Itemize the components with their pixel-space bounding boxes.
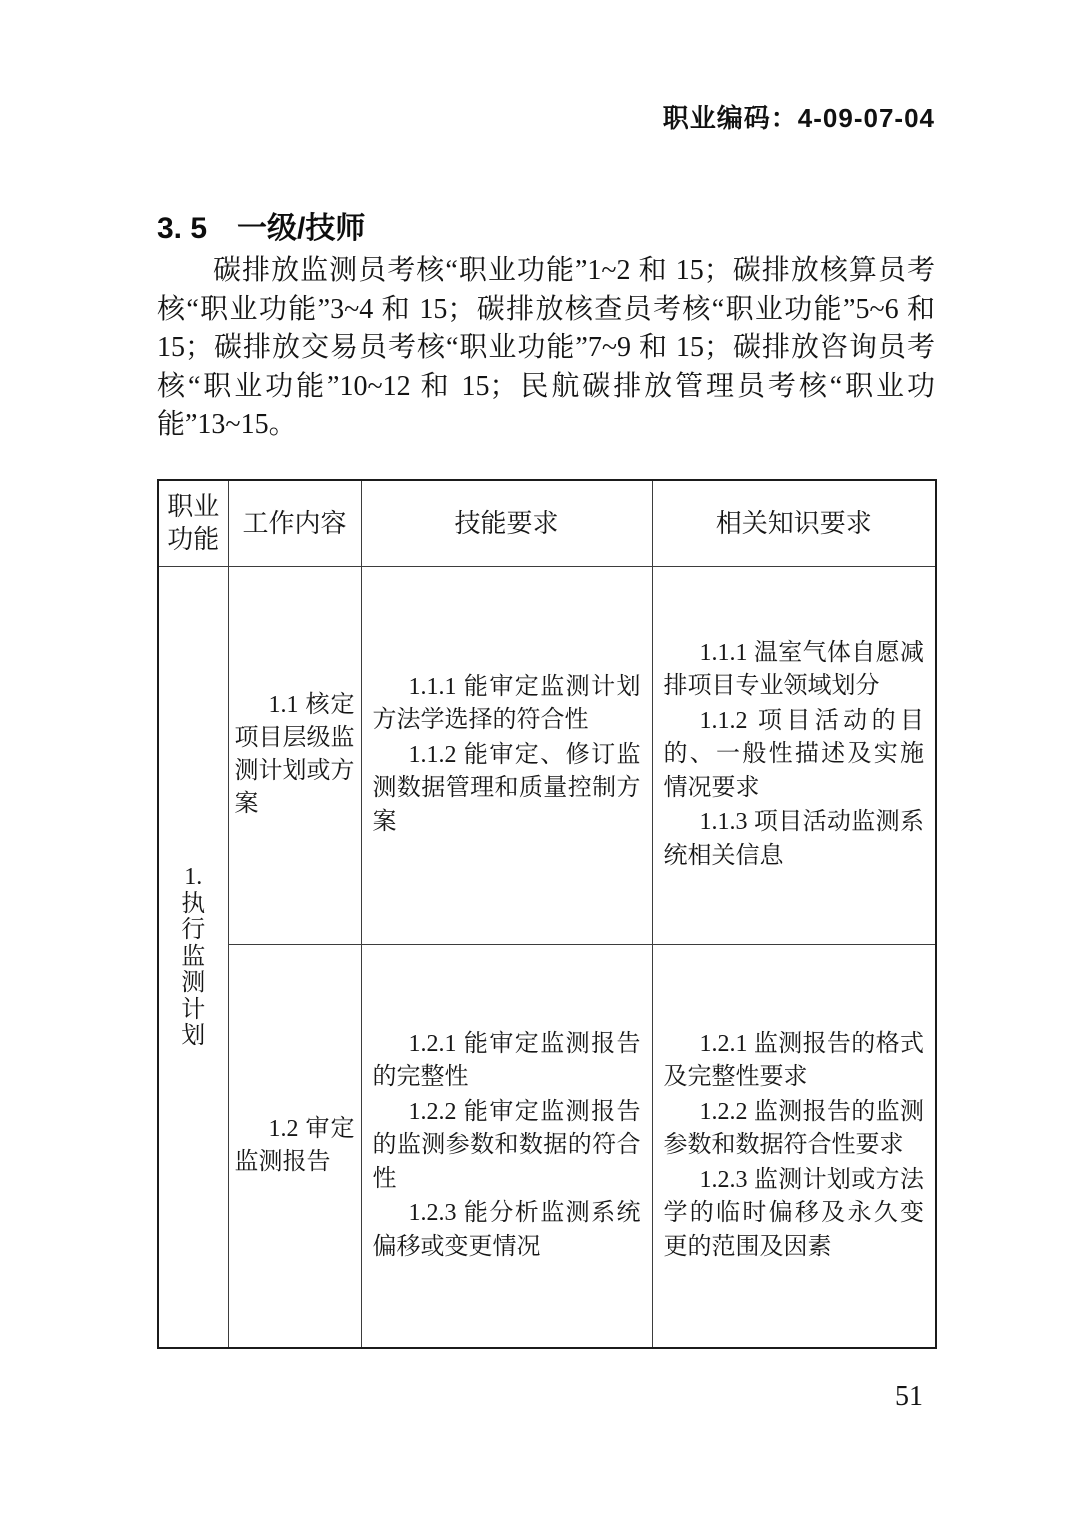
skill-item: 1.1.2 能审定、修订监测数据管理和质量控制方案 bbox=[373, 739, 641, 840]
col-header-function: 职业功能 bbox=[158, 480, 228, 566]
skills-cell-1-1: 1.1.1 能审定监测计划方法学选择的符合性 1.1.2 能审定、修订监测数据管… bbox=[361, 566, 652, 944]
section-number: 3. 5 bbox=[157, 212, 207, 245]
skill-item: 1.2.2 能审定监测报告的监测参数和数据的符合性 bbox=[373, 1096, 641, 1197]
work-content-cell-1-1: 1.1 核定项目层级监测计划或方案 bbox=[228, 566, 361, 944]
skill-item: 1.2.3 能分析监测系统偏移或变更情况 bbox=[373, 1197, 641, 1264]
knowledge-item: 1.1.1 温室气体自愿减排项目专业领域划分 bbox=[664, 637, 925, 704]
knowledge-item: 1.2.3 监测计划或方法学的临时偏移及永久变更的范围及因素 bbox=[664, 1164, 925, 1265]
knowledge-item: 1.2.2 监测报告的监测参数和数据符合性要求 bbox=[664, 1096, 925, 1163]
section-heading: 3. 5一级/技师 bbox=[157, 203, 365, 247]
col-header-work-content: 工作内容 bbox=[228, 480, 361, 566]
work-content-cell-1-2: 1.2 审定监测报告 bbox=[228, 944, 361, 1348]
work-content-text: 1.2 审定监测报告 bbox=[235, 1113, 355, 1179]
table-row-1-1: 1. 执行监测计划 1.1 核定项目层级监测计划或方案 1.1.1 能审定监测计… bbox=[158, 566, 936, 944]
knowledge-item: 1.1.2 项目活动的目的、一般性描述及实施情况要求 bbox=[664, 705, 925, 806]
col-header-skill-requirements: 技能要求 bbox=[361, 480, 652, 566]
knowledge-item: 1.2.1 监测报告的格式及完整性要求 bbox=[664, 1028, 925, 1095]
skills-cell-1-2: 1.2.1 能审定监测报告的完整性 1.2.2 能审定监测报告的监测参数和数据的… bbox=[361, 944, 652, 1348]
occupation-standard-table: 职业功能 工作内容 技能要求 相关知识要求 1. 执行监测计划 1.1 核定项目… bbox=[157, 479, 937, 1349]
section-title: 一级/技师 bbox=[237, 212, 365, 245]
function-label: 1. 执行监测计划 bbox=[180, 864, 207, 1050]
page-number: 51 bbox=[157, 1381, 923, 1413]
knowledge-item: 1.1.3 项目活动监测系统相关信息 bbox=[664, 806, 925, 873]
skill-item: 1.2.1 能审定监测报告的完整性 bbox=[373, 1028, 641, 1095]
intro-paragraph: 碳排放监测员考核“职业功能”1~2 和 15；碳排放核算员考核“职业功能”3~4… bbox=[157, 252, 935, 445]
col-header-knowledge-requirements: 相关知识要求 bbox=[652, 480, 936, 566]
knowledge-cell-1-2: 1.2.1 监测报告的格式及完整性要求 1.2.2 监测报告的监测参数和数据符合… bbox=[652, 944, 936, 1348]
function-cell: 1. 执行监测计划 bbox=[158, 566, 228, 1348]
job-code-label: 职业编码：4-09-07-04 bbox=[157, 98, 935, 135]
table-header-row: 职业功能 工作内容 技能要求 相关知识要求 bbox=[158, 480, 936, 566]
skill-item: 1.1.1 能审定监测计划方法学选择的符合性 bbox=[373, 671, 641, 738]
work-content-text: 1.1 核定项目层级监测计划或方案 bbox=[235, 689, 355, 821]
knowledge-cell-1-1: 1.1.1 温室气体自愿减排项目专业领域划分 1.1.2 项目活动的目的、一般性… bbox=[652, 566, 936, 944]
document-page: 职业编码：4-09-07-04 3. 5一级/技师 碳排放监测员考核“职业功能”… bbox=[0, 0, 1080, 1515]
table-row-1-2: 1.2 审定监测报告 1.2.1 能审定监测报告的完整性 1.2.2 能审定监测… bbox=[158, 944, 936, 1348]
